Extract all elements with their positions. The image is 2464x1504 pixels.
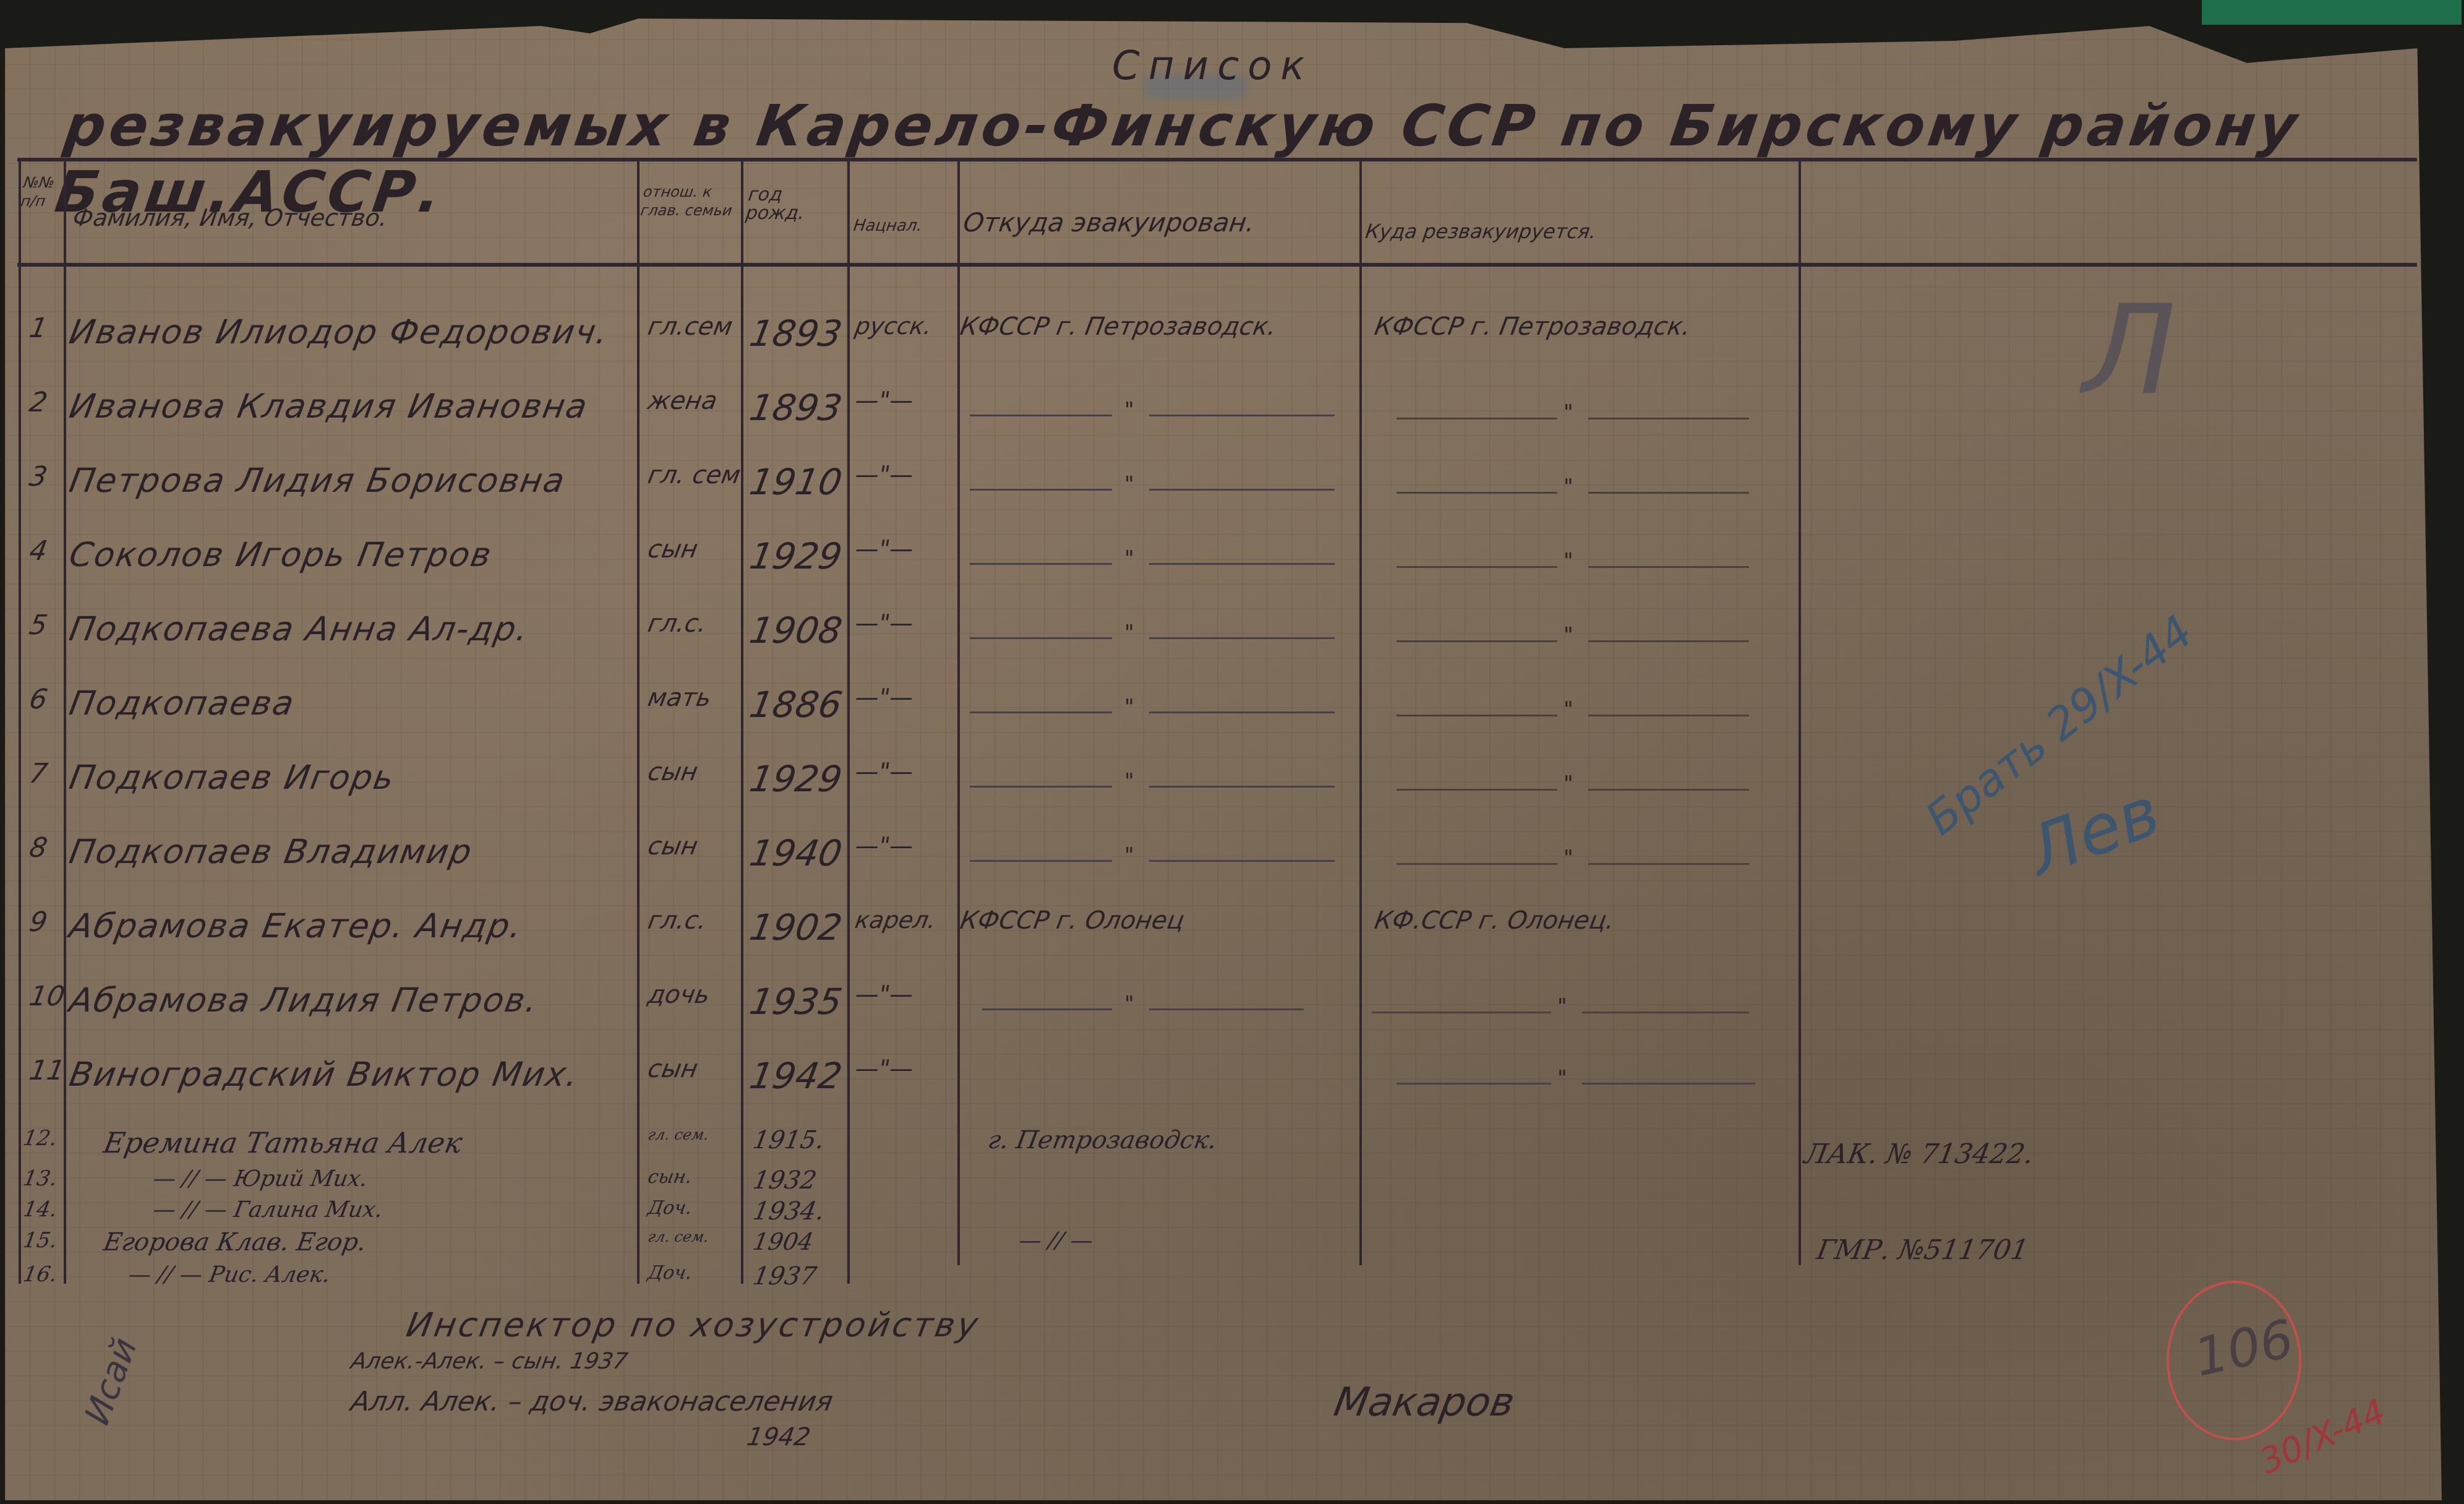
pencil-mark: Л xyxy=(2083,278,2176,423)
header-bottom-border xyxy=(17,263,2417,267)
left-signature: Исай xyxy=(77,1333,145,1430)
table-row: 13. — // — Юрий Мих. сын. 1932 xyxy=(5,1166,2442,1197)
table-row: 10 Абрамова Лидия Петров. дочь 1935 —"— … xyxy=(5,981,2442,1054)
backdrop xyxy=(2202,0,2462,25)
table-row: 1 Иванов Илиодор Федорович. гл.сем 1893 … xyxy=(5,312,2442,385)
table-row: 9 Абрамова Екатер. Андр. гл.с. 1902 каре… xyxy=(5,906,2442,979)
header-num: №№ п/п xyxy=(20,173,62,210)
footer-extra-line: Алек.-Алек. – сын. 1937 xyxy=(349,1349,629,1374)
table-row: 5 Подкопаева Анна Ал-др. гл.с. 1908 —"— … xyxy=(5,609,2442,682)
inspector-title: Инспектор по хозустройству xyxy=(403,1305,983,1344)
document-page: Список резвакуируемых в Карело-Финскую С… xyxy=(5,19,2442,1500)
table-row: 12. Еремина Татьяна Алек гл. сем. 1915. … xyxy=(5,1126,2442,1163)
header-name: Фамилия, Имя, Отчество. xyxy=(71,204,389,231)
passport-number-2: ГМР. №511701 xyxy=(1815,1234,2031,1266)
header-relation: отнош. к глав. семьи xyxy=(640,183,737,220)
table-row: 3 Петрова Лидия Борисовна гл. сем 1910 —… xyxy=(5,461,2442,534)
header-to: Куда резвакуируется. xyxy=(1364,220,1598,243)
table-row: 14. — // — Галина Мих. Доч. 1934. xyxy=(5,1197,2442,1228)
footer-extra-line: Алл. Алек. – доч. эваконаселения xyxy=(349,1386,836,1417)
inspector-signature: Макаров xyxy=(1330,1380,1518,1425)
table-row: 2 Иванова Клавдия Ивановна жена 1893 —"—… xyxy=(5,387,2442,460)
table-row: 16. — // — Рис. Алек. Доч. 1937 xyxy=(5,1262,2442,1293)
footer-extra-year: 1942 xyxy=(745,1423,813,1451)
header-year: год рожд. xyxy=(745,186,842,223)
passport-number-1: ЛАК. № 713422. xyxy=(1802,1138,2037,1170)
document-title-top: Список xyxy=(1112,43,1313,89)
table-row: 15. Егорова Клав. Егор. гл. сем. 1904 — … xyxy=(5,1228,2442,1259)
table-row: 11 Виноградский Виктор Мих. сын 1942 —"—… xyxy=(5,1055,2442,1128)
table-row: 4 Соколов Игорь Петров сын 1929 —"— " " xyxy=(5,535,2442,608)
header-nationality: Нацнал. xyxy=(852,217,923,235)
header-from: Откуда эвакуирован. xyxy=(962,207,1257,238)
table-top-border xyxy=(17,158,2417,161)
